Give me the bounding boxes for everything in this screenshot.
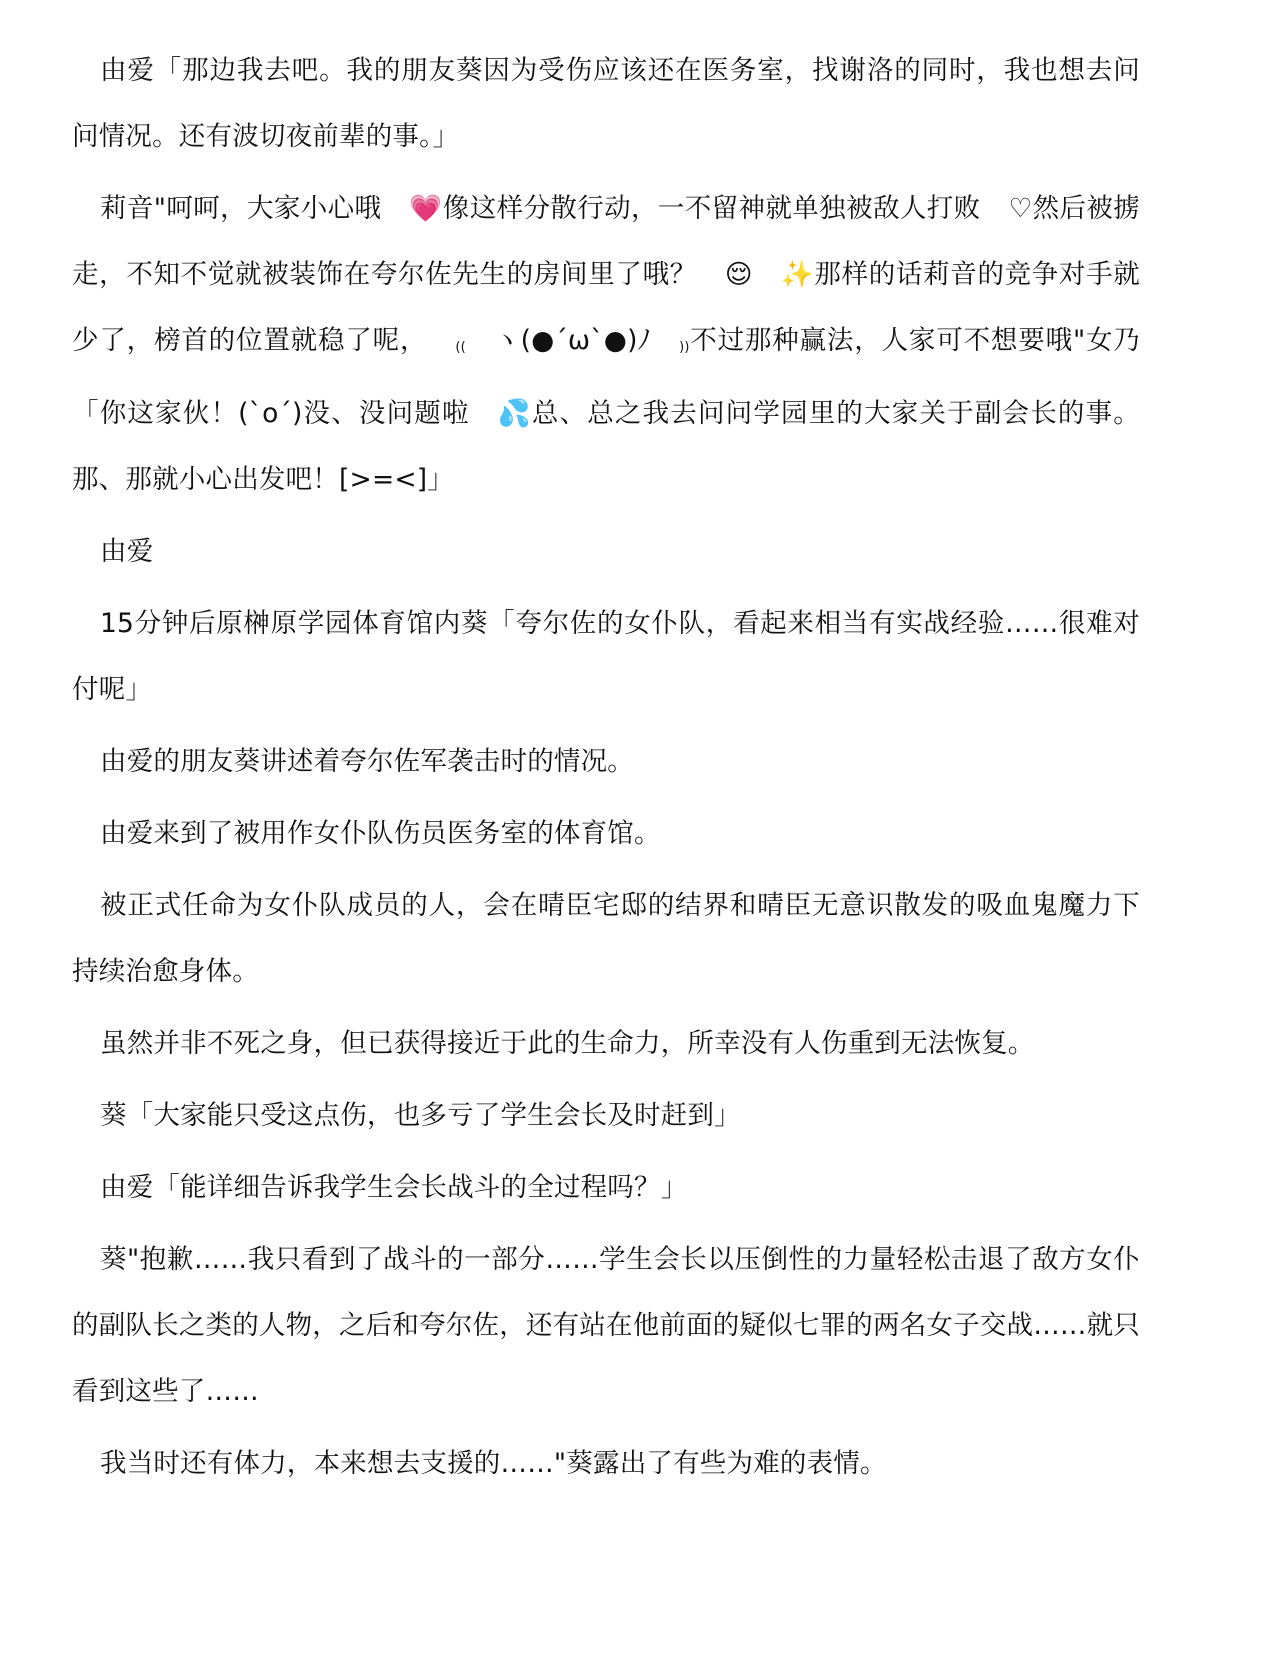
paragraph: 由爱 [72, 519, 1140, 585]
striped-heart-icon: 💗 [381, 176, 442, 242]
document-page: 由爱「那边我去吧。我的朋友葵因为受伤应该还在医务室，找谢洛的同时，我也想去问问情… [72, 38, 1140, 1497]
paragraph: 葵"抱歉……我只看到了战斗的一部分……学生会长以压倒性的力量轻松击退了敌方女仆的… [72, 1227, 1140, 1425]
paragraph: 由爱「那边我去吧。我的朋友葵因为受伤应该还在医务室，找谢洛的同时，我也想去问问情… [72, 38, 1140, 170]
paragraph: 被正式任命为女仆队成员的人，会在晴臣宅邸的结界和晴臣无意识散发的吸血鬼魔力下持续… [72, 873, 1140, 1005]
kaomoji-bracket-right: )) [651, 315, 690, 381]
relieved-face-icon: 😌 [697, 242, 753, 308]
paragraph-rion-dialogue: 莉音"呵呵，大家小心哦💗像这样分散行动，一不留神就单独被敌人打败♡然后被掳走，不… [72, 176, 1140, 513]
kaomoji: ヽ(●´ω`●)ﾉ [466, 308, 651, 374]
paragraph: 由爱来到了被用作女仆队伤员医务室的体育馆。 [72, 801, 1140, 867]
outline-heart-icon: ♡ [981, 176, 1033, 242]
kaomoji-bracket-left: (( [427, 315, 466, 381]
paragraph: 15分钟后原榊原学园体育馆内葵「夸尔佐的女仆队，看起来相当有实战经验……很难对付… [72, 591, 1140, 723]
sweat-droplets-icon: 💦 [470, 381, 531, 447]
paragraph: 由爱的朋友葵讲述着夸尔佐军袭击时的情况。 [72, 729, 1140, 795]
paragraph: 葵「大家能只受这点伤，也多亏了学生会长及时赶到」 [72, 1083, 1140, 1149]
paragraph: 虽然并非不死之身，但已获得接近于此的生命力，所幸没有人伤重到无法恢复。 [72, 1011, 1140, 1077]
paragraph: 由爱「能详细告诉我学生会长战斗的全过程吗？」 [72, 1155, 1140, 1221]
text-segment: 莉音"呵呵，大家小心哦 [100, 193, 381, 224]
text-segment: 像这样分散行动，一不留神就单独被敌人打败 [443, 193, 981, 224]
paragraph: 我当时还有体力，本来想去支援的……"葵露出了有些为难的表情。 [72, 1431, 1140, 1497]
sparkles-icon: ✨ [753, 242, 814, 308]
